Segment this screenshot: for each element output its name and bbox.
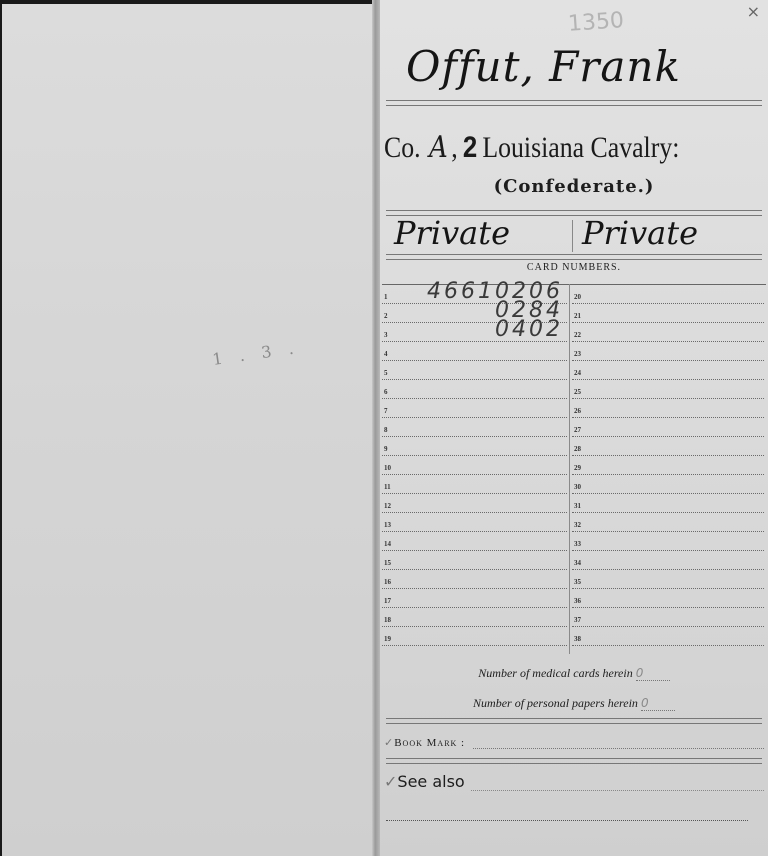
divider-rule xyxy=(386,758,762,764)
card-number-row: 30 xyxy=(572,474,764,494)
rank-divider xyxy=(572,220,573,252)
faint-marks: 1 . 3 . xyxy=(211,338,301,369)
card-number-row: 30402 xyxy=(382,322,567,342)
soldier-name: Offut, Frank xyxy=(406,42,681,91)
card-number-row: 34 xyxy=(572,550,764,570)
personal-papers-count: Number of personal papers herein 0 xyxy=(380,696,768,711)
medical-cards-value: 0 xyxy=(636,666,670,681)
row-number: 8 xyxy=(384,426,388,434)
column-divider xyxy=(569,284,570,654)
card-number-row: 26 xyxy=(572,398,764,418)
row-number: 34 xyxy=(574,559,581,567)
row-number: 10 xyxy=(384,464,391,472)
card-number-row: 23 xyxy=(572,341,764,361)
rank-entered: Private xyxy=(394,214,510,252)
card-numbers-title: CARD NUMBERS. xyxy=(380,262,768,273)
card-number-row: 5 xyxy=(382,360,567,380)
row-number: 15 xyxy=(384,559,391,567)
card-number-row: 12 xyxy=(382,493,567,513)
unit-separator: , xyxy=(451,131,457,164)
row-number: 38 xyxy=(574,635,581,643)
row-number: 31 xyxy=(574,502,581,510)
card-number-row: 10 xyxy=(382,455,567,475)
card-number-row: 4 xyxy=(382,341,567,361)
book-mark-field: ✓ Book Mark : xyxy=(384,736,764,749)
card-number-row: 20 xyxy=(572,284,764,304)
card-number-row: 18 xyxy=(382,607,567,627)
see-also-label: See also xyxy=(397,772,464,791)
see-also-field: ✓ See also xyxy=(384,772,764,791)
row-number: 11 xyxy=(384,483,391,491)
card-number-row: 27 xyxy=(572,417,764,437)
card-fold xyxy=(372,0,380,856)
side-label: (Confederate.) xyxy=(380,176,768,197)
personal-papers-value: 0 xyxy=(641,696,675,711)
row-number: 4 xyxy=(384,350,388,358)
unit-line: Co.A,2Louisiana Cavalry: xyxy=(384,130,679,165)
check-mark-icon: ✓ xyxy=(384,736,394,749)
card-number-row: 37 xyxy=(572,607,764,627)
row-number: 26 xyxy=(574,407,581,415)
check-mark-icon: ✓ xyxy=(384,772,397,791)
row-number: 22 xyxy=(574,331,581,339)
row-number: 2 xyxy=(384,312,388,320)
card-number-row: 9 xyxy=(382,436,567,456)
row-number: 21 xyxy=(574,312,581,320)
row-number: 25 xyxy=(574,388,581,396)
card-number-row: 32 xyxy=(572,512,764,532)
card-number-row: 25 xyxy=(572,379,764,399)
row-number: 28 xyxy=(574,445,581,453)
card-back-panel: 1 . 3 . xyxy=(2,4,374,856)
card-number-row: 36 xyxy=(572,588,764,608)
row-number: 32 xyxy=(574,521,581,529)
row-number: 24 xyxy=(574,369,581,377)
row-number: 36 xyxy=(574,597,581,605)
divider-rule xyxy=(386,254,762,260)
card-number-row: 28 xyxy=(572,436,764,456)
row-number: 27 xyxy=(574,426,581,434)
row-number: 3 xyxy=(384,331,388,339)
card-number-row: 13 xyxy=(382,512,567,532)
medical-cards-count: Number of medical cards herein 0 xyxy=(380,666,768,681)
card-number-row: 33 xyxy=(572,531,764,551)
archive-number: 1350 xyxy=(567,8,625,37)
rank-left: Private xyxy=(582,214,698,252)
row-number: 37 xyxy=(574,616,581,624)
card-number-row: 11 xyxy=(382,474,567,494)
row-number: 13 xyxy=(384,521,391,529)
row-number: 6 xyxy=(384,388,388,396)
row-number: 30 xyxy=(574,483,581,491)
card-number-row: 17 xyxy=(382,588,567,608)
card-number-row: 21 xyxy=(572,303,764,323)
row-number: 20 xyxy=(574,293,581,301)
card-number-row: 31 xyxy=(572,493,764,513)
row-number: 7 xyxy=(384,407,388,415)
card-number-row: 14 xyxy=(382,531,567,551)
card-number-row: 19 xyxy=(382,626,567,646)
row-number: 35 xyxy=(574,578,581,586)
row-number: 14 xyxy=(384,540,391,548)
card-number-row: 24 xyxy=(572,360,764,380)
row-number: 33 xyxy=(574,540,581,548)
divider-rule xyxy=(386,100,762,106)
card-number-row: 29 xyxy=(572,455,764,475)
row-number: 9 xyxy=(384,445,388,453)
blank-line xyxy=(386,820,748,821)
row-number: 5 xyxy=(384,369,388,377)
row-number: 18 xyxy=(384,616,391,624)
personal-papers-label: Number of personal papers herein xyxy=(473,696,638,710)
row-number: 12 xyxy=(384,502,391,510)
card-number-row: 38 xyxy=(572,626,764,646)
regiment-number: 2 xyxy=(463,131,477,164)
company-letter: A xyxy=(429,130,448,165)
row-number: 19 xyxy=(384,635,391,643)
corner-mark: × xyxy=(747,2,760,21)
card-number-row: 6 xyxy=(382,379,567,399)
card-number-row: 35 xyxy=(572,569,764,589)
row-number: 23 xyxy=(574,350,581,358)
rank-row: Private Private xyxy=(386,214,762,256)
see-also-blank xyxy=(471,776,764,791)
row-number: 17 xyxy=(384,597,391,605)
book-mark-label: Book Mark : xyxy=(394,737,465,749)
card-number-row: 22 xyxy=(572,322,764,342)
card-number-row: 15 xyxy=(382,550,567,570)
regiment-name: Louisiana Cavalry: xyxy=(482,131,679,164)
row-number: 29 xyxy=(574,464,581,472)
card-number-row: 16 xyxy=(382,569,567,589)
book-mark-blank xyxy=(473,738,764,749)
service-record-card: 1350 × Offut, Frank Co.A,2Louisiana Cava… xyxy=(380,0,768,856)
row-number: 1 xyxy=(384,293,388,301)
card-number-row: 7 xyxy=(382,398,567,418)
medical-cards-label: Number of medical cards herein xyxy=(478,666,632,680)
card-number-row: 8 xyxy=(382,417,567,437)
row-number: 16 xyxy=(384,578,391,586)
card-number-value: 0402 xyxy=(495,319,563,341)
company-prefix: Co. xyxy=(384,131,421,164)
divider-rule xyxy=(386,718,762,724)
